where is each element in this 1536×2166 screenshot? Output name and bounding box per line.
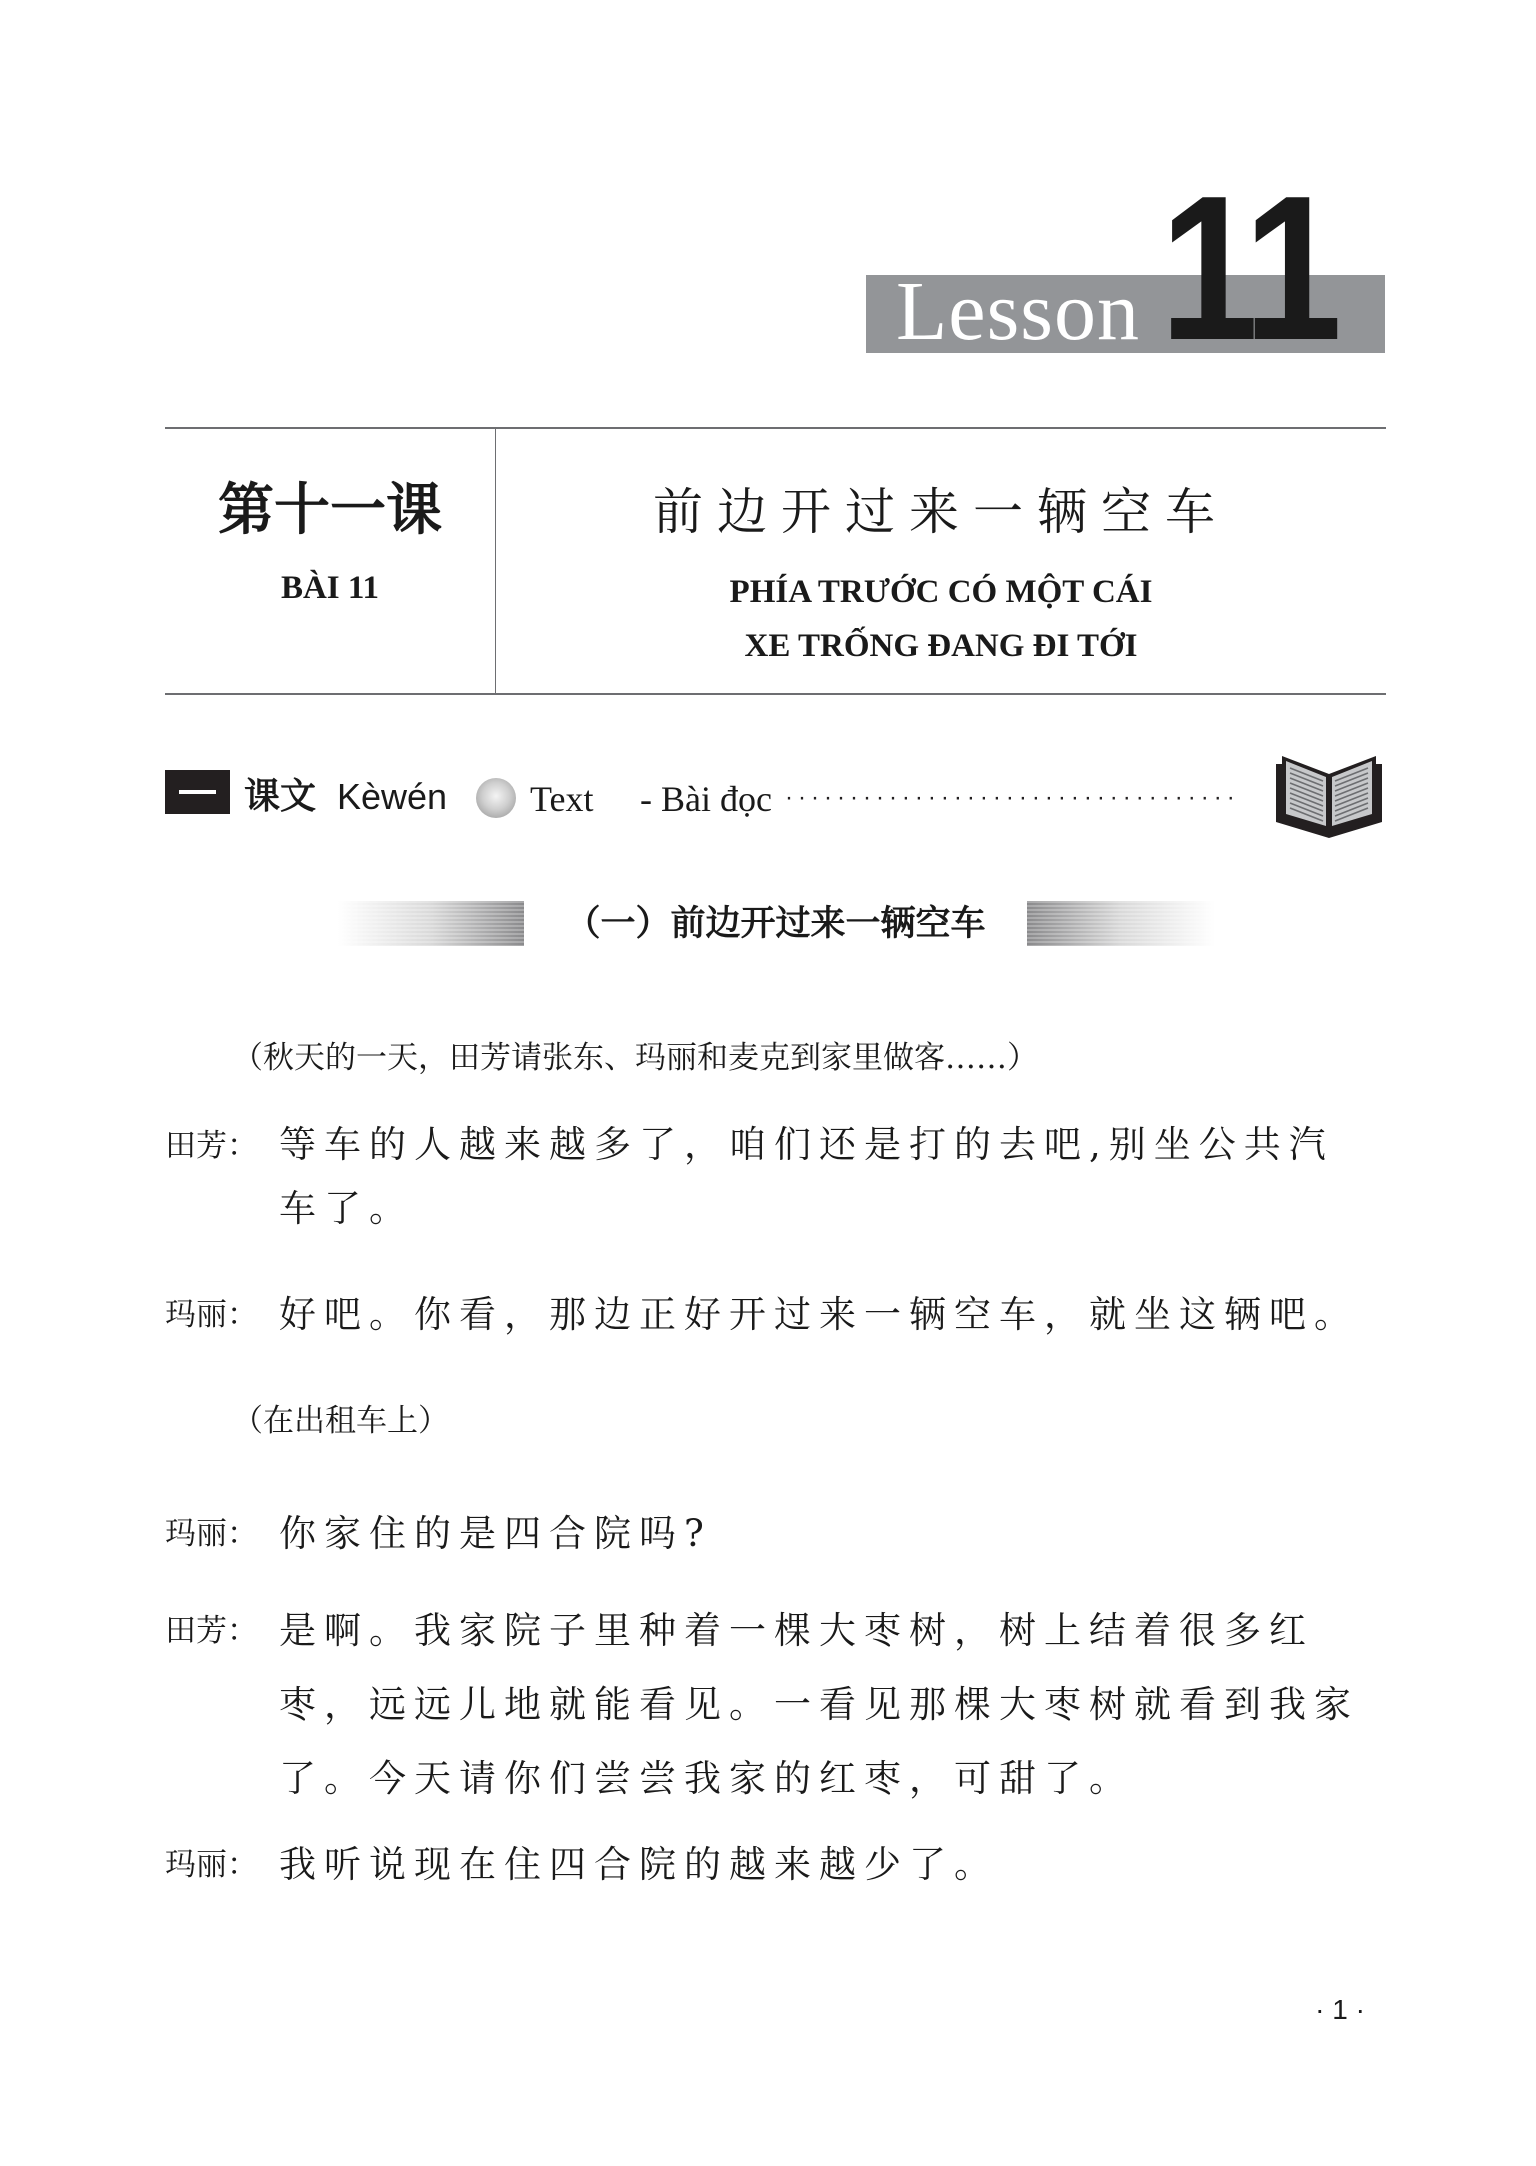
dialogue-line: 枣，远远儿地就能看见。一看见那棵大枣树就看到我家 [279, 1680, 1359, 1730]
bullet-ball-icon [476, 778, 516, 818]
speaker-label: 玛丽： [165, 1509, 258, 1559]
section-label-vn: - Bài đọc [640, 774, 772, 824]
speaker-label: 玛丽： [165, 1290, 258, 1340]
lesson-banner-word: Lesson [896, 262, 1140, 362]
stage-direction: （在出租车上） [232, 1399, 449, 1443]
section-number-box [165, 770, 230, 814]
open-book-icon [1272, 752, 1386, 840]
section-label-en: Text [530, 774, 593, 824]
subsection-title: （一）前边开过来一辆空车 [524, 898, 1027, 950]
lesson-title-vn: PHÍA TRƯỚC CÓ MỘT CÁI XE TRỐNG ĐANG ĐI T… [496, 565, 1386, 673]
dialogue-line: 你家住的是四合院吗? [279, 1509, 712, 1559]
lesson-title-cn: 前边开过来一辆空车 [496, 476, 1386, 548]
section-label-pinyin: Kèwén [337, 772, 447, 822]
speaker-label: 玛丽： [165, 1840, 258, 1890]
lesson-title-vn-line: PHÍA TRƯỚC CÓ MỘT CÁI [496, 565, 1386, 619]
dialogue-line: 等车的人越来越多了，咱们还是打的去吧,别坐公共汽 [279, 1120, 1334, 1170]
lesson-title-vn-line: XE TRỐNG ĐANG ĐI TỚI [496, 619, 1386, 673]
speaker-label: 田芳： [165, 1121, 258, 1171]
page-number: · 1 · [1300, 1990, 1380, 2030]
subsection-bar-left [338, 901, 524, 946]
dialogue-line: 车了。 [279, 1184, 414, 1234]
stage-direction: （秋天的一天，田芳请张东、玛丽和麦克到家里做客……） [232, 1036, 1038, 1080]
title-box-top-rule [165, 427, 1386, 429]
section-number-mark [179, 790, 216, 794]
lesson-banner-number: 11 [1160, 168, 1337, 368]
dialogue-line: 好吧。你看，那边正好开过来一辆空车，就坐这辆吧。 [279, 1290, 1359, 1340]
section-label-cn: 课文 [244, 770, 316, 822]
lesson-label-cn: 第十一课 [165, 474, 495, 546]
section-leader-dots: ········································… [785, 778, 1235, 818]
subsection-bar-right [1027, 901, 1215, 946]
lesson-label-vn: BÀI 11 [165, 566, 495, 610]
dialogue-line: 我听说现在住四合院的越来越少了。 [279, 1840, 999, 1890]
title-box-bottom-rule [165, 693, 1386, 695]
speaker-label: 田芳： [165, 1606, 258, 1656]
dialogue-line: 是啊。我家院子里种着一棵大枣树，树上结着很多红 [279, 1606, 1314, 1656]
dialogue-line: 了。今天请你们尝尝我家的红枣，可甜了。 [279, 1754, 1134, 1804]
